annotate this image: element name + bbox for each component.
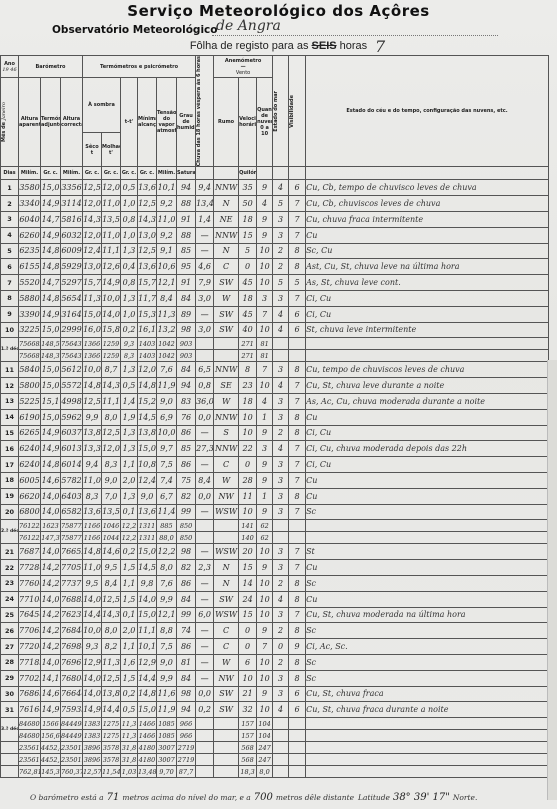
remarks-cell: Sc [306, 654, 549, 670]
tadj-cell: 14,9 [41, 227, 61, 243]
cld-cell: 10 [257, 322, 273, 338]
vis-cell: 7 [289, 227, 306, 243]
wet-cell: 8,3 [102, 457, 121, 473]
dry-cell: 12,9 [83, 654, 102, 670]
month-total-remarks-blank [306, 754, 549, 766]
dry-cell: 14,8 [83, 544, 102, 560]
app-cell: 76865 [19, 686, 41, 702]
spd-cell: 8 [239, 362, 257, 378]
vap-cell: 10,1 [157, 180, 177, 196]
vap-cell: 9,9 [157, 591, 177, 607]
rain-cell: — [196, 227, 214, 243]
rain-cell: 3,0 [196, 322, 214, 338]
dry-cell: 14,3 [83, 211, 102, 227]
wet-cell: 8,7 [102, 362, 121, 378]
cld-cell: 3 [257, 441, 273, 457]
latitude-note: Latitude38° 39' 17"Norte. [358, 792, 477, 803]
corr-cell: 5782 [61, 472, 83, 488]
table-row: 267706514,27684010,08,02,011,18,874—C092… [1, 623, 549, 639]
table-row: 14619015,059629,98,01,914,56,9760,0NNW10… [1, 409, 549, 425]
unit-km: Quilóm. [239, 167, 257, 180]
day-cell: 24 [1, 591, 19, 607]
tadj-cell: 14,8 [41, 259, 61, 275]
spd-cell: 10 [239, 670, 257, 686]
vis-cell: 7 [289, 441, 306, 457]
decade-value: 12,2 [121, 532, 138, 544]
remarks-cell: Sc [306, 670, 549, 686]
rain-cell: — [196, 623, 214, 639]
remarks-cell: Ci, Cu [306, 290, 549, 306]
corr-cell: 5816 [61, 211, 83, 227]
month-total-value: 2356171 [19, 754, 41, 766]
rain-cell: 36,0 [196, 393, 214, 409]
decade-value: 1044 [102, 532, 121, 544]
rain-cell: — [196, 457, 214, 473]
wet-cell: 13,8 [102, 686, 121, 702]
app-cell: 76160 [19, 702, 41, 718]
corr-cell: 6037 [61, 425, 83, 441]
decade-value: 141 [239, 520, 257, 532]
diff-cell: 0,2 [121, 544, 138, 560]
cld-cell: 9 [257, 623, 273, 639]
cld-cell: 7 [257, 306, 273, 322]
sea-cell: 2 [273, 425, 289, 441]
rain-cell: — [196, 504, 214, 520]
remarks-cell: Sc [306, 504, 549, 520]
remarks-cell: Ci, Ac, Sc. [306, 639, 549, 655]
cld-cell: 10 [257, 243, 273, 259]
month-total-value: 31,8 [121, 754, 138, 766]
remarks-cell: Cu, St, chuva leve durante a noite [306, 378, 549, 394]
decade-value: 1623 [41, 520, 61, 532]
wet-cell: 14,9 [102, 275, 121, 291]
table-row: 9339014,9316415,014,01,015,311,389—SW457… [1, 306, 549, 322]
month-total-value: 568 [239, 742, 257, 754]
corr-cell: 6014 [61, 457, 83, 473]
day-cell: 31 [1, 702, 19, 718]
sea-cell: 0 [273, 639, 289, 655]
wet-cell: 13,5 [102, 504, 121, 520]
dir-cell: N [214, 243, 239, 259]
diff-cell: 1,5 [121, 670, 138, 686]
dir-cell: S [214, 425, 239, 441]
dir-cell: W [214, 654, 239, 670]
rain-cell: 7,9 [196, 275, 214, 291]
day-cell: 19 [1, 488, 19, 504]
decade-value [196, 520, 214, 532]
diff-cell: 0,1 [121, 504, 138, 520]
min-cell: 14,5 [138, 560, 157, 576]
remarks-cell: St [306, 544, 549, 560]
year-header: Ano19 46 [1, 56, 19, 78]
vis-cell: 7 [289, 504, 306, 520]
diff-cell: 0,8 [121, 211, 138, 227]
decade-value: 12,2 [121, 520, 138, 532]
month-total-value: 247 [257, 754, 273, 766]
diff-cell: 0,2 [121, 686, 138, 702]
vap-cell: 11,3 [157, 306, 177, 322]
table-row: 19662014,064038,37,01,39,06,7820,0NW1113… [1, 488, 549, 504]
hum-cell: 88 [177, 227, 196, 243]
day-cell: 20 [1, 504, 19, 520]
vis-cell: 8 [289, 670, 306, 686]
rain-cell: 6,0 [196, 607, 214, 623]
corr-cell: 5572 [61, 378, 83, 394]
decade-value [214, 338, 239, 350]
cld-cell: 10 [257, 702, 273, 718]
sea-state-header: Estado do mar [273, 56, 289, 167]
month-total-value [196, 754, 214, 766]
paper-fold [547, 360, 557, 800]
unit-deg: Gr. c. [102, 167, 121, 180]
decade-value [289, 338, 306, 350]
sea-cell: 3 [273, 607, 289, 623]
rain-cell: 6,5 [196, 362, 214, 378]
vis-cell: 8 [289, 488, 306, 504]
corr-cell: 3114 [61, 196, 83, 212]
shade-header: À sombra [83, 78, 121, 133]
rain-cell: 9,4 [196, 180, 214, 196]
rain-cell: 27,3 [196, 441, 214, 457]
dir-cell: NW [214, 670, 239, 686]
decade-value: 846800 [19, 718, 41, 730]
tadj-cell: 14,0 [41, 544, 61, 560]
diff-cell: 1,3 [121, 488, 138, 504]
min-cell: 13,6 [138, 504, 157, 520]
vap-cell: 13,2 [157, 322, 177, 338]
rain-cell: — [196, 639, 214, 655]
sheet-hour-printed: SEIS [312, 40, 337, 52]
table-row: 287718514,07696712,911,31,612,99,081—W61… [1, 654, 549, 670]
tadj-cell: 14,9 [41, 441, 61, 457]
decade-value [273, 718, 289, 730]
anemometer-header: Anemómetro—Vento [214, 56, 273, 78]
remarks-cell: Cu [306, 227, 549, 243]
diff-cell: 1,3 [121, 243, 138, 259]
unit-saturation: Saturação=100 [177, 167, 196, 180]
decade-value: 850 [177, 532, 196, 544]
hum-cell: 99 [177, 607, 196, 623]
hum-cell: 83 [177, 393, 196, 409]
table-row: 3604014,7581614,313,50,814,311,0911,4NE1… [1, 211, 549, 227]
day-cell: 14 [1, 409, 19, 425]
vap-cell: 7,5 [157, 639, 177, 655]
sea-cell: 4 [273, 441, 289, 457]
vap-cell: 9,1 [157, 243, 177, 259]
remarks-cell: Sc [306, 623, 549, 639]
visibility-header: Visibilidade [289, 56, 306, 167]
app-cell: 5225 [19, 393, 41, 409]
day-cell: 11 [1, 362, 19, 378]
sea-cell: 4 [273, 180, 289, 196]
table-row: 7552014,7529715,714,90,815,712,1917,9SW4… [1, 275, 549, 291]
month-total-value [273, 742, 289, 754]
vap-cell: 9,9 [157, 670, 177, 686]
tadj-cell: 14,9 [41, 196, 61, 212]
decade-sum-row: 1.ª década756683148,5756430136612599,314… [1, 338, 549, 350]
dry-cell: 15,0 [83, 306, 102, 322]
day-cell: 23 [1, 575, 19, 591]
app-cell: 6155 [19, 259, 41, 275]
day-cell: 18 [1, 472, 19, 488]
decade-value: 1275 [102, 730, 121, 742]
corr-cell: 76806 [61, 670, 83, 686]
vis-cell: 9 [289, 639, 306, 655]
dry-cell: 12,0 [83, 196, 102, 212]
dry-cell: 13,3 [83, 441, 102, 457]
min-cell: 15,0 [138, 607, 157, 623]
dry-cell: 12,4 [83, 243, 102, 259]
decade-value: 850 [177, 520, 196, 532]
tadj-cell: 14,2 [41, 575, 61, 591]
month-total-value: 3578 [102, 742, 121, 754]
sea-cell: 3 [273, 670, 289, 686]
decade-label: 2.ª década [1, 520, 19, 544]
hum-cell: 82 [177, 488, 196, 504]
decade-value [289, 532, 306, 544]
vis-cell: 8 [289, 591, 306, 607]
vap-cell: 6,7 [157, 488, 177, 504]
sea-cell: 3 [273, 409, 289, 425]
rain-cell: — [196, 654, 214, 670]
corr-cell: 5654 [61, 290, 83, 306]
diff-cell: 1,6 [121, 654, 138, 670]
spd-cell: 0 [239, 623, 257, 639]
tadj-cell: 15,0 [41, 362, 61, 378]
decade-value: 761225 [19, 520, 41, 532]
vis-cell: 5 [289, 275, 306, 291]
decade-remarks-blank [306, 718, 549, 730]
min-cell: 9,0 [138, 488, 157, 504]
dir-cell: WSW [214, 607, 239, 623]
app-cell: 3340 [19, 196, 41, 212]
vap-cell: 11,9 [157, 702, 177, 718]
spd-cell: 18 [239, 290, 257, 306]
unit-cloud [257, 167, 273, 180]
diff-cell: 0,5 [121, 180, 138, 196]
decade-value: 1166 [83, 520, 102, 532]
cld-cell: 9 [257, 180, 273, 196]
dir-cell: NW [214, 488, 239, 504]
wet-cell: 8,4 [102, 575, 121, 591]
spd-cell: 15 [239, 607, 257, 623]
dir-cell: NNW [214, 180, 239, 196]
table-row: 10322515,0299916,015,80,216,113,2983,0SW… [1, 322, 549, 338]
rain-cell: 3,0 [196, 290, 214, 306]
unit-rain [196, 167, 214, 180]
decade-value: 140 [239, 532, 257, 544]
vis-cell: 6 [289, 322, 306, 338]
month-total-value: 3007 [157, 754, 177, 766]
sea-cell: 4 [273, 322, 289, 338]
rain-cell: — [196, 544, 214, 560]
decade-remarks-blank [306, 730, 549, 742]
sea-cell: 2 [273, 243, 289, 259]
cld-cell: 9 [257, 457, 273, 473]
rain-cell: 0,0 [196, 488, 214, 504]
sea-cell: 5 [273, 275, 289, 291]
month-total-value [289, 766, 306, 778]
decade-value: 9,3 [121, 338, 138, 350]
decade-value: 104 [257, 730, 273, 742]
hum-cell: 86 [177, 425, 196, 441]
table-row: 4626014,9603212,011,01,013,09,288—NNW159… [1, 227, 549, 243]
dry-cell: 12,5 [83, 180, 102, 196]
min-cell: 9,8 [138, 575, 157, 591]
dry-cell: 14,8 [83, 378, 102, 394]
corr-cell: 5297 [61, 275, 83, 291]
decade-value: 104 [257, 718, 273, 730]
cld-cell: 7 [257, 639, 273, 655]
hum-cell: 84 [177, 670, 196, 686]
dir-cell: SW [214, 702, 239, 718]
dir-cell: N [214, 196, 239, 212]
wet-cell: 11,0 [102, 196, 121, 212]
wet-cell: 10,0 [102, 290, 121, 306]
observatory-label: Observatório Meteorológico [52, 24, 217, 36]
min-cell: 12,0 [138, 362, 157, 378]
table-row: 20680014,0658213,613,50,113,611,499—WSW1… [1, 504, 549, 520]
dir-cell: NNW [214, 409, 239, 425]
wet-cell: 12,5 [102, 670, 121, 686]
table-row: 17624014,860149,48,31,110,87,586—C0937Ci… [1, 457, 549, 473]
min-cell: 15,7 [138, 275, 157, 291]
app-cell: 5520 [19, 275, 41, 291]
decade-value: 84680,0 [19, 730, 41, 742]
corr-cell: 2999 [61, 322, 83, 338]
spd-cell: 21 [239, 686, 257, 702]
corr-cell: 6009 [61, 243, 83, 259]
wet-cell: 8,2 [102, 639, 121, 655]
vap-cell: 11,0 [157, 211, 177, 227]
min-cell: 14,8 [138, 686, 157, 702]
min-cell: 11,1 [138, 623, 157, 639]
dry-cell: 13,0 [83, 259, 102, 275]
month-total-value: 9,70 [157, 766, 177, 778]
hum-cell: 91 [177, 275, 196, 291]
month-total-value: 3896 [83, 742, 102, 754]
decade-value: 1085 [157, 730, 177, 742]
vis-cell: 7 [289, 560, 306, 576]
vis-cell: 8 [289, 243, 306, 259]
month-total-value [289, 754, 306, 766]
month-total-value: 18,3 [239, 766, 257, 778]
diff-cell: 0,4 [121, 259, 138, 275]
corr-cell: 76840 [61, 623, 83, 639]
bar-apparent-header: Altura aparente [19, 78, 41, 167]
decade-mean-row: 84680,0156,684449,41383127511,3146610859… [1, 730, 549, 742]
hum-cell: 99 [177, 504, 196, 520]
spd-cell: 0 [239, 457, 257, 473]
app-cell: 77025 [19, 670, 41, 686]
remarks-cell: As, Ac, Cu, chuva moderada durante a noi… [306, 393, 549, 409]
decade-value: 11,3 [121, 718, 138, 730]
dir-cell: SW [214, 306, 239, 322]
decade-value [196, 718, 214, 730]
app-cell: 3580 [19, 180, 41, 196]
wet-cell: 15,8 [102, 322, 121, 338]
hum-cell: 94 [177, 702, 196, 718]
rain-cell: 0,0 [196, 409, 214, 425]
remarks-cell: Cu, Cb, chuviscos leves de chuva [306, 196, 549, 212]
dry-cell: 9,9 [83, 409, 102, 425]
wet-cell: 8,0 [102, 623, 121, 639]
vap-cell: 12,1 [157, 275, 177, 291]
remarks-cell: Sc [306, 575, 549, 591]
table-row: 1358015,0335612,512,00,513,610,1949,4NNW… [1, 180, 549, 196]
cld-cell: 4 [257, 196, 273, 212]
cld-cell: 9 [257, 227, 273, 243]
cld-cell: 9 [257, 211, 273, 227]
month-total-value [214, 742, 239, 754]
wet-cell: 11,3 [102, 654, 121, 670]
diff-cell: 1,3 [121, 362, 138, 378]
decade-value: 81 [257, 350, 273, 362]
vap-cell: 11,6 [157, 686, 177, 702]
dir-cell: NNW [214, 362, 239, 378]
vap-cell: 8,0 [157, 560, 177, 576]
decade-label: 1.ª década [1, 338, 19, 362]
decade-value: 75668,3 [19, 350, 41, 362]
dry-cell: 14,4 [83, 607, 102, 623]
cld-cell: 10 [257, 259, 273, 275]
month-total-label [1, 742, 19, 754]
vap-cell: 11,4 [157, 504, 177, 520]
wet-cell: 13,5 [102, 211, 121, 227]
decade-value: 1042 [157, 350, 177, 362]
diff-cell: 1,0 [121, 227, 138, 243]
month-total-row: 23561714452,423501983896357831,841803007… [1, 742, 549, 754]
spd-cell: 14 [239, 575, 257, 591]
hum-cell: 95 [177, 259, 196, 275]
min-cell: 16,1 [138, 322, 157, 338]
decade-value: 1466 [138, 730, 157, 742]
remarks-cell: Cu, tempo de chuviscos leves de chuva [306, 362, 549, 378]
decade-value: 84449,4 [61, 730, 83, 742]
bar-corrected-header: Altura correcta [61, 78, 83, 167]
vap-cell: 7,6 [157, 362, 177, 378]
decade-value: 903 [177, 350, 196, 362]
sheet-label-post: horas [340, 40, 368, 52]
cld-cell: 10 [257, 275, 273, 291]
spd-cell: 45 [239, 275, 257, 291]
day-cell: 30 [1, 686, 19, 702]
remarks-cell: Cu, Cb, tempo de chuvisco leves de chuva [306, 180, 549, 196]
day-cell: 5 [1, 243, 19, 259]
dir-cell: NE [214, 211, 239, 227]
spd-cell: 10 [239, 504, 257, 520]
diff-header: t-t' [121, 78, 138, 167]
min-cell: 15,3 [138, 306, 157, 322]
corr-cell: 3356 [61, 180, 83, 196]
diff-cell: 1,5 [121, 560, 138, 576]
cld-cell: 10 [257, 654, 273, 670]
wet-cell: 11,1 [102, 243, 121, 259]
tadj-cell: 14,2 [41, 639, 61, 655]
wet-header: Molhadot' [102, 133, 121, 167]
sea-cell: 2 [273, 623, 289, 639]
diff-cell: 1,3 [121, 425, 138, 441]
tadj-cell: 14,2 [41, 623, 61, 639]
decade-value [196, 338, 214, 350]
vap-cell: 10,0 [157, 425, 177, 441]
remarks-cell: Cu [306, 488, 549, 504]
observatory-underline [212, 35, 498, 36]
month-total-value: 2350198 [61, 754, 83, 766]
tadj-cell: 14,2 [41, 607, 61, 623]
corr-cell: 77057 [61, 560, 83, 576]
decade-value: 148,5 [41, 338, 61, 350]
